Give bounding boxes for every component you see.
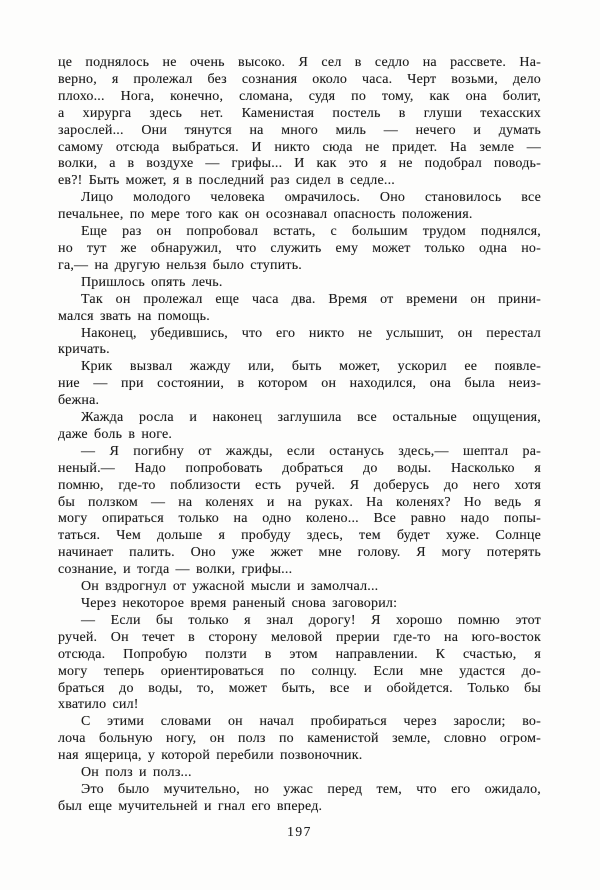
text-line: Наконец, убедившись, что его никто не ус… [58,326,541,343]
text-line: — Если бы только я знал дорогу! Я хорошо… [58,613,541,630]
text-line: ев?! Быть может, я в последний раз сидел… [58,173,541,190]
text-line: сознание, и тогда — волки, грифы... [58,562,541,579]
text-line: ная ящерица, у которой перебили позвоноч… [58,748,541,765]
text-line: неный.— Надо попробовать добраться до во… [58,461,541,478]
text-line: даже боль в ноге. [58,427,541,444]
text-line: хватило сил! [58,697,541,714]
text-line: Крик вызвал жажду или, быть может, ускор… [58,359,541,376]
text-line: лоча больную ногу, он полз по каменистой… [58,731,541,748]
text-line: Еще раз он попробовал встать, с большим … [58,224,541,241]
text-line: печальнее, по мере того как он осознавал… [58,207,541,224]
text-line: Он вздрогнул от ужасной мысли и замолчал… [58,579,541,596]
text-line: браться до воды, то, может быть, все и о… [58,681,541,698]
text-line: верно, я пролежал без сознания около час… [58,72,541,89]
text-line: самому отсюда выбраться. И никто сюда не… [58,140,541,157]
page-text: це поднялось не очень высоко. Я сел в се… [58,55,541,816]
text-line: — Я погибну от жажды, если останусь здес… [58,444,541,461]
text-line: могу опираться только на одно колено... … [58,511,541,528]
text-line: це поднялось не очень высоко. Я сел в се… [58,55,541,72]
text-line: могу теперь ориентироваться по солнцу. Е… [58,664,541,681]
text-line: отсюда. Попробую ползти в этом направлен… [58,647,541,664]
text-line: ние — при состоянии, в котором он находи… [58,376,541,393]
text-line: С этими словами он начал пробираться чер… [58,714,541,731]
text-line: волки, а в воздухе — грифы... И как это … [58,156,541,173]
text-line: Это было мучительно, но ужас перед тем, … [58,782,541,799]
text-line: Он полз и полз... [58,765,541,782]
text-line: Лицо молодого человека омрачилось. Оно с… [58,190,541,207]
text-line: таться. Чем дольше я пробуду здесь, тем … [58,528,541,545]
text-line: Через некоторое время раненый снова заго… [58,596,541,613]
text-line: Жажда росла и наконец заглушила все оста… [58,410,541,427]
text-line: Пришлось опять лечь. [58,275,541,292]
text-line: бы ползком — на коленях и на руках. На к… [58,495,541,512]
text-line: кричать. [58,342,541,359]
text-line: плохо... Нога, конечно, сломана, судя по… [58,89,541,106]
text-line: Так он пролежал еще часа два. Время от в… [58,292,541,309]
text-line: начинает палить. Оно уже жжет мне голову… [58,545,541,562]
text-line: бежна. [58,393,541,410]
text-line: мался звать на помощь. [58,309,541,326]
text-line: га,— на другую нельзя было ступить. [58,258,541,275]
text-line: помню, где-то поблизости есть ручей. Я д… [58,478,541,495]
text-line: зарослей... Они тянутся на много миль — … [58,123,541,140]
text-line: но тут же обнаружил, что служить ему мож… [58,241,541,258]
text-line: был еще мучительней и гнал его вперед. [58,799,541,816]
page-number: 197 [58,824,541,840]
text-line: а хирурга здесь нет. Каменистая постель … [58,106,541,123]
text-line: ручей. Он течет в сторону меловой прерии… [58,630,541,647]
book-page: це поднялось не очень высоко. Я сел в се… [0,0,600,890]
